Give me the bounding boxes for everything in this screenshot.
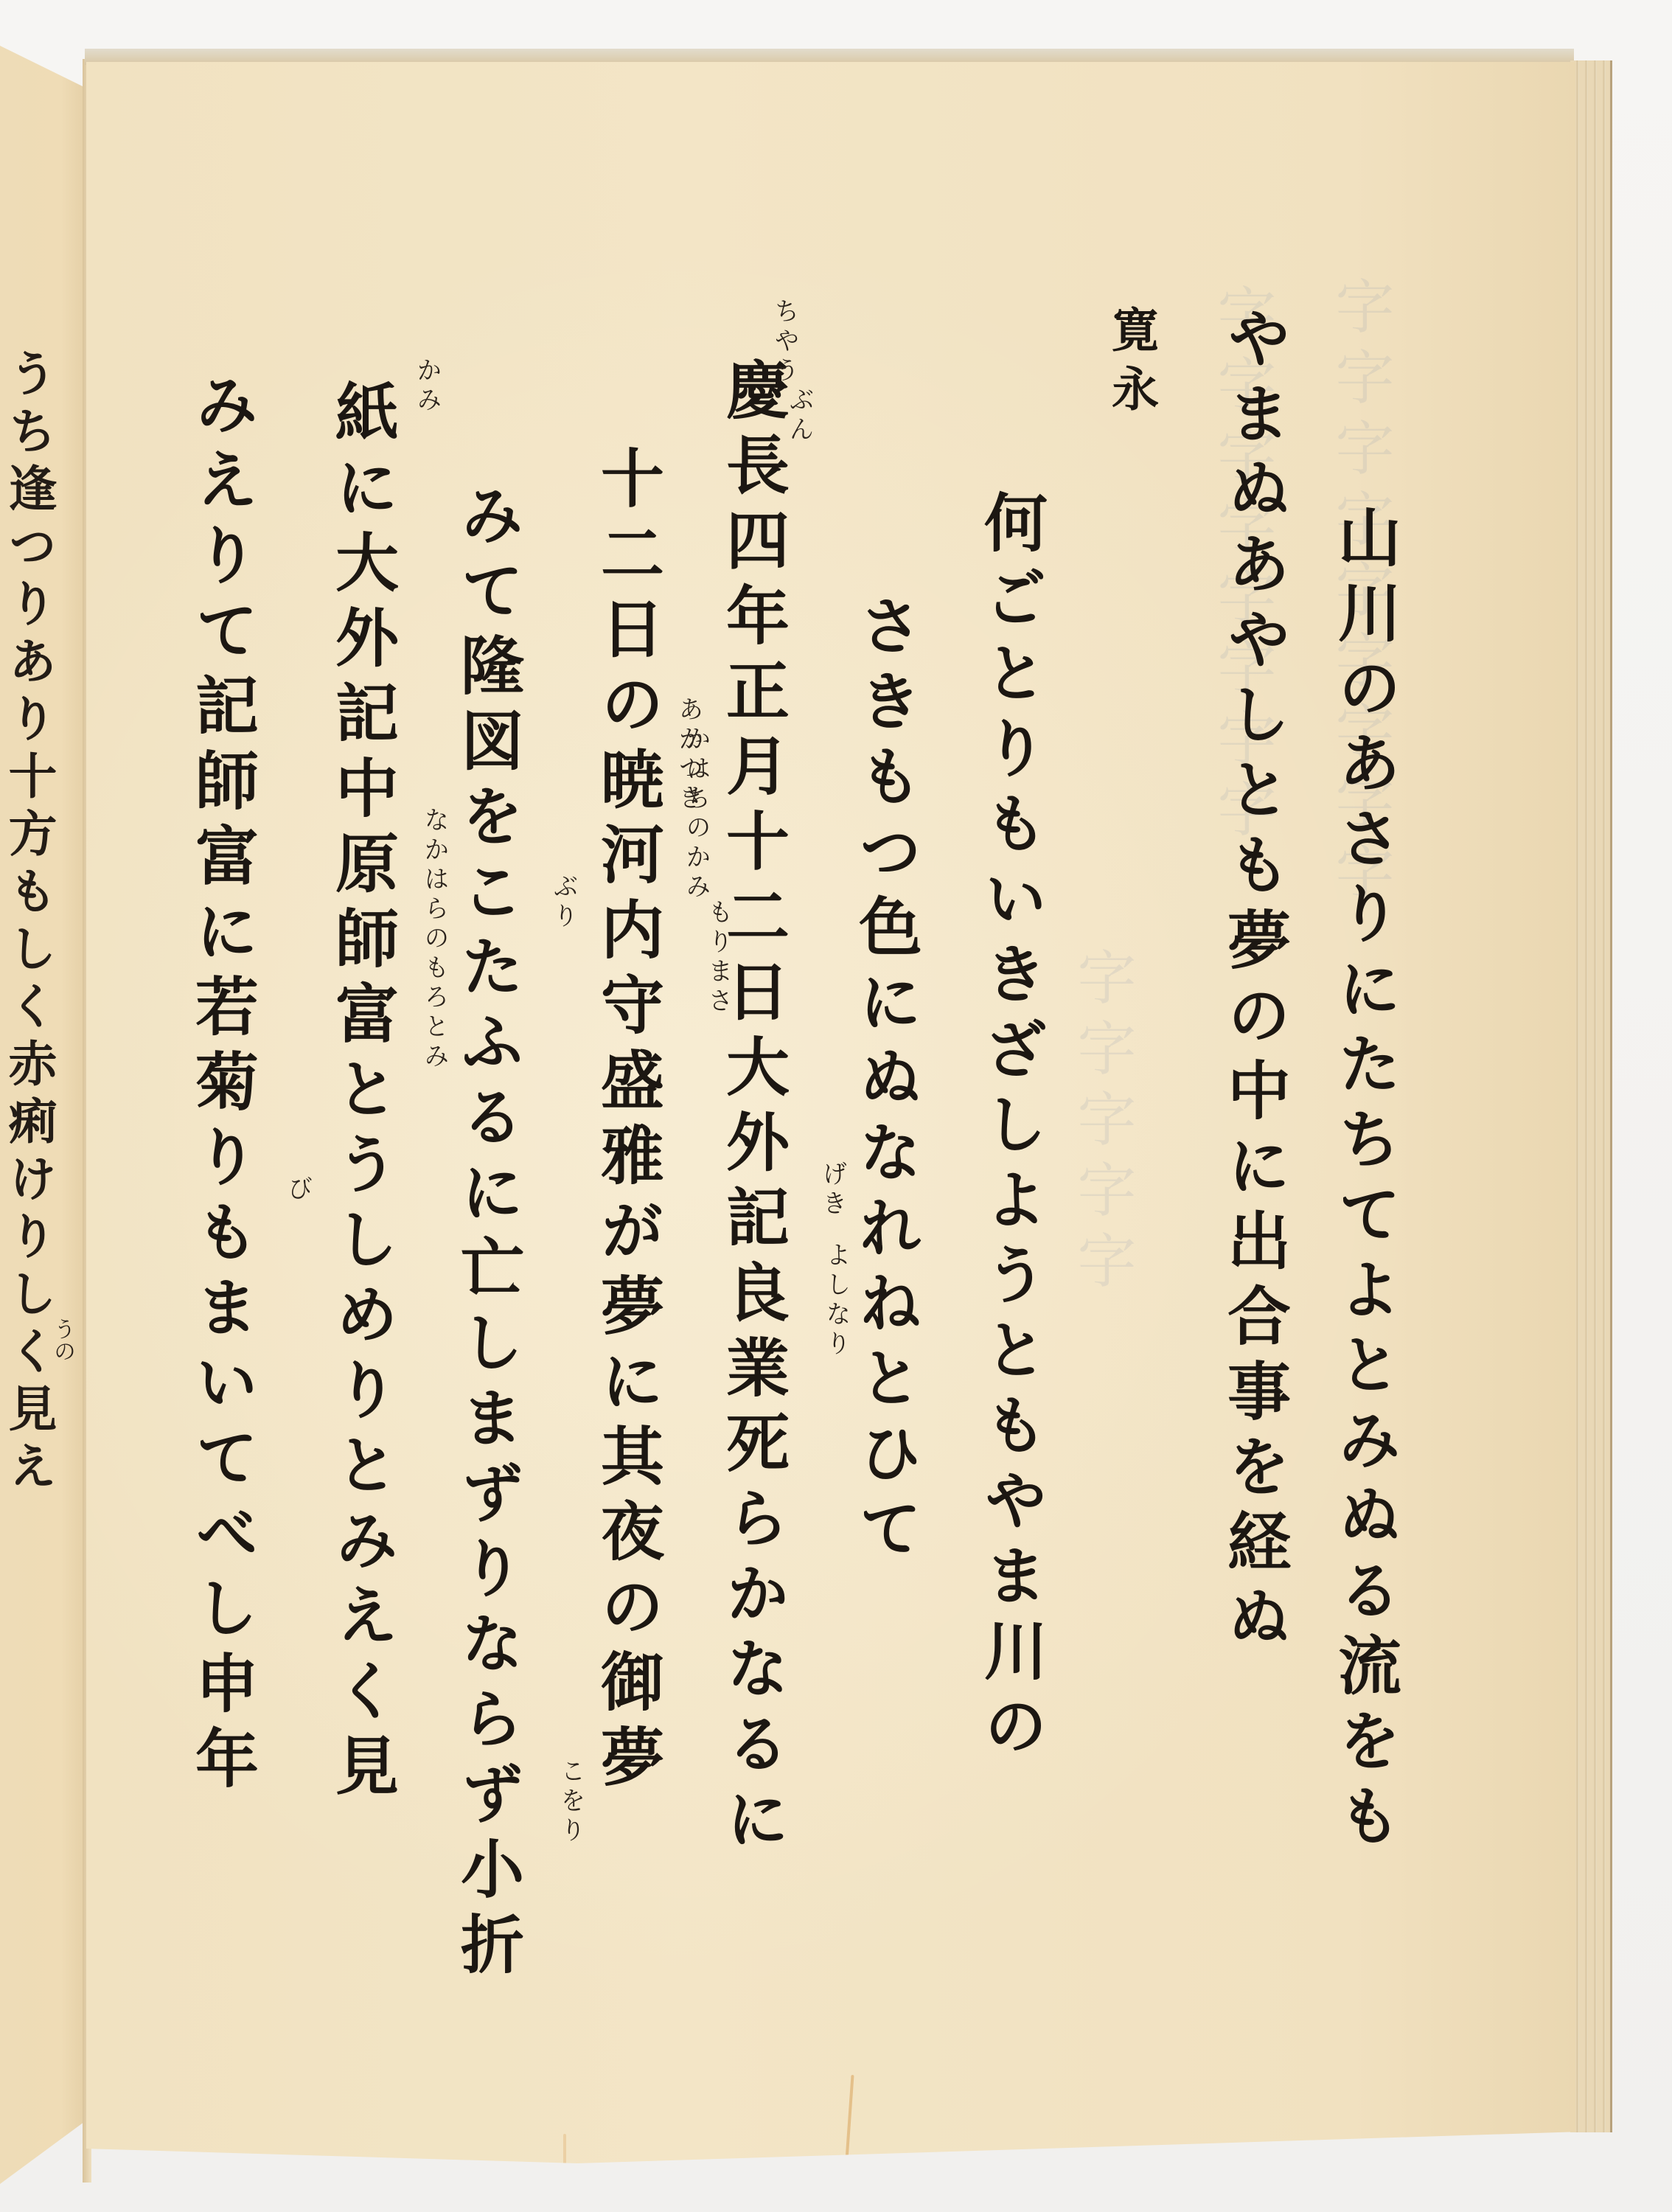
text-column-10: みえりて記師富に若菊りもまいてべし申年 [189,372,253,1801]
paper-stain [844,2075,854,2171]
text-column-2: やまぬあやしとも夢の中に出合事を経ぬ [1222,305,1285,1659]
furigana: ぶり [551,873,576,932]
left-page: うち逢つりあり十方もしく赤痢けりしく見え うの [0,46,87,2184]
column-text: 紙に大外記中原師富とうしめりとみえく見 [330,379,393,1808]
furigana: なかはらのもろとみ [422,807,447,1072]
column-text: 慶長四年正月十二日大外記良業死らかなるに [720,357,784,1861]
text-column-8: みて隆図をこたふるに亡しまずりならず小折 [455,482,518,1986]
bleed-through-text: 字字字字字 [1059,947,1144,1301]
left-page-ruby: うの [46,1318,78,1362]
book-photograph: うち逢つりあり十方もしく赤痢けりしく見え うの 字字字字字字字字字 字字字字字字… [0,0,1672,2212]
text-column-4: 何ごとりもいきざしようともやま川の [978,490,1042,1768]
furigana: ちやう [772,298,797,386]
furigana: び [285,1175,310,1205]
paper-stain [563,2134,566,2185]
furigana: ぶん [787,386,812,445]
furigana: かみ [414,357,439,416]
furigana: もりまさ [706,899,731,1017]
column-text: 寛永 [1107,305,1154,423]
furigana: よしなり [823,1242,849,1360]
column-text: 山川のあさりにたちてよとみぬる流をも [1332,504,1396,1858]
column-text: 何ごとりもいきざしようともやま川の [978,490,1042,1768]
column-text: みえりて記師富に若菊りもまいてべし申年 [189,372,253,1801]
text-column-7: 十二日の暁河内守盛雅が夢に其夜の御夢 [595,445,658,1799]
main-page: 字字字字字字字字字 字字字字字字字字 字字字字字 山川のあさりにたちてよとみぬる… [86,62,1575,2163]
column-text: やまぬあやしとも夢の中に出合事を経ぬ [1222,305,1285,1659]
text-column-1: 山川のあさりにたちてよとみぬる流をも [1332,504,1396,1858]
text-column-6: 慶長四年正月十二日大外記良業死らかなるに [720,357,784,1861]
main-text-area: 字字字字字字字字字 字字字字字字字字 字字字字字 山川のあさりにたちてよとみぬる… [86,62,1575,2163]
furigana: こをり [558,1758,583,1846]
text-column-3: 寛永 [1107,305,1154,423]
furigana: かはちのかみ [683,726,708,902]
column-text: みて隆図をこたふるに亡しまずりならず小折 [455,482,518,1986]
column-text: 十二日の暁河内守盛雅が夢に其夜の御夢 [595,445,658,1799]
text-column-5: さきもつ色にぬなれねとひて [853,593,916,1571]
page-block-edges [1570,60,1612,2132]
furigana: げき [820,1161,845,1220]
column-text: さきもつ色にぬなれねとひて [853,593,916,1571]
text-column-9: 紙に大外記中原師富とうしめりとみえく見 [330,379,393,1808]
